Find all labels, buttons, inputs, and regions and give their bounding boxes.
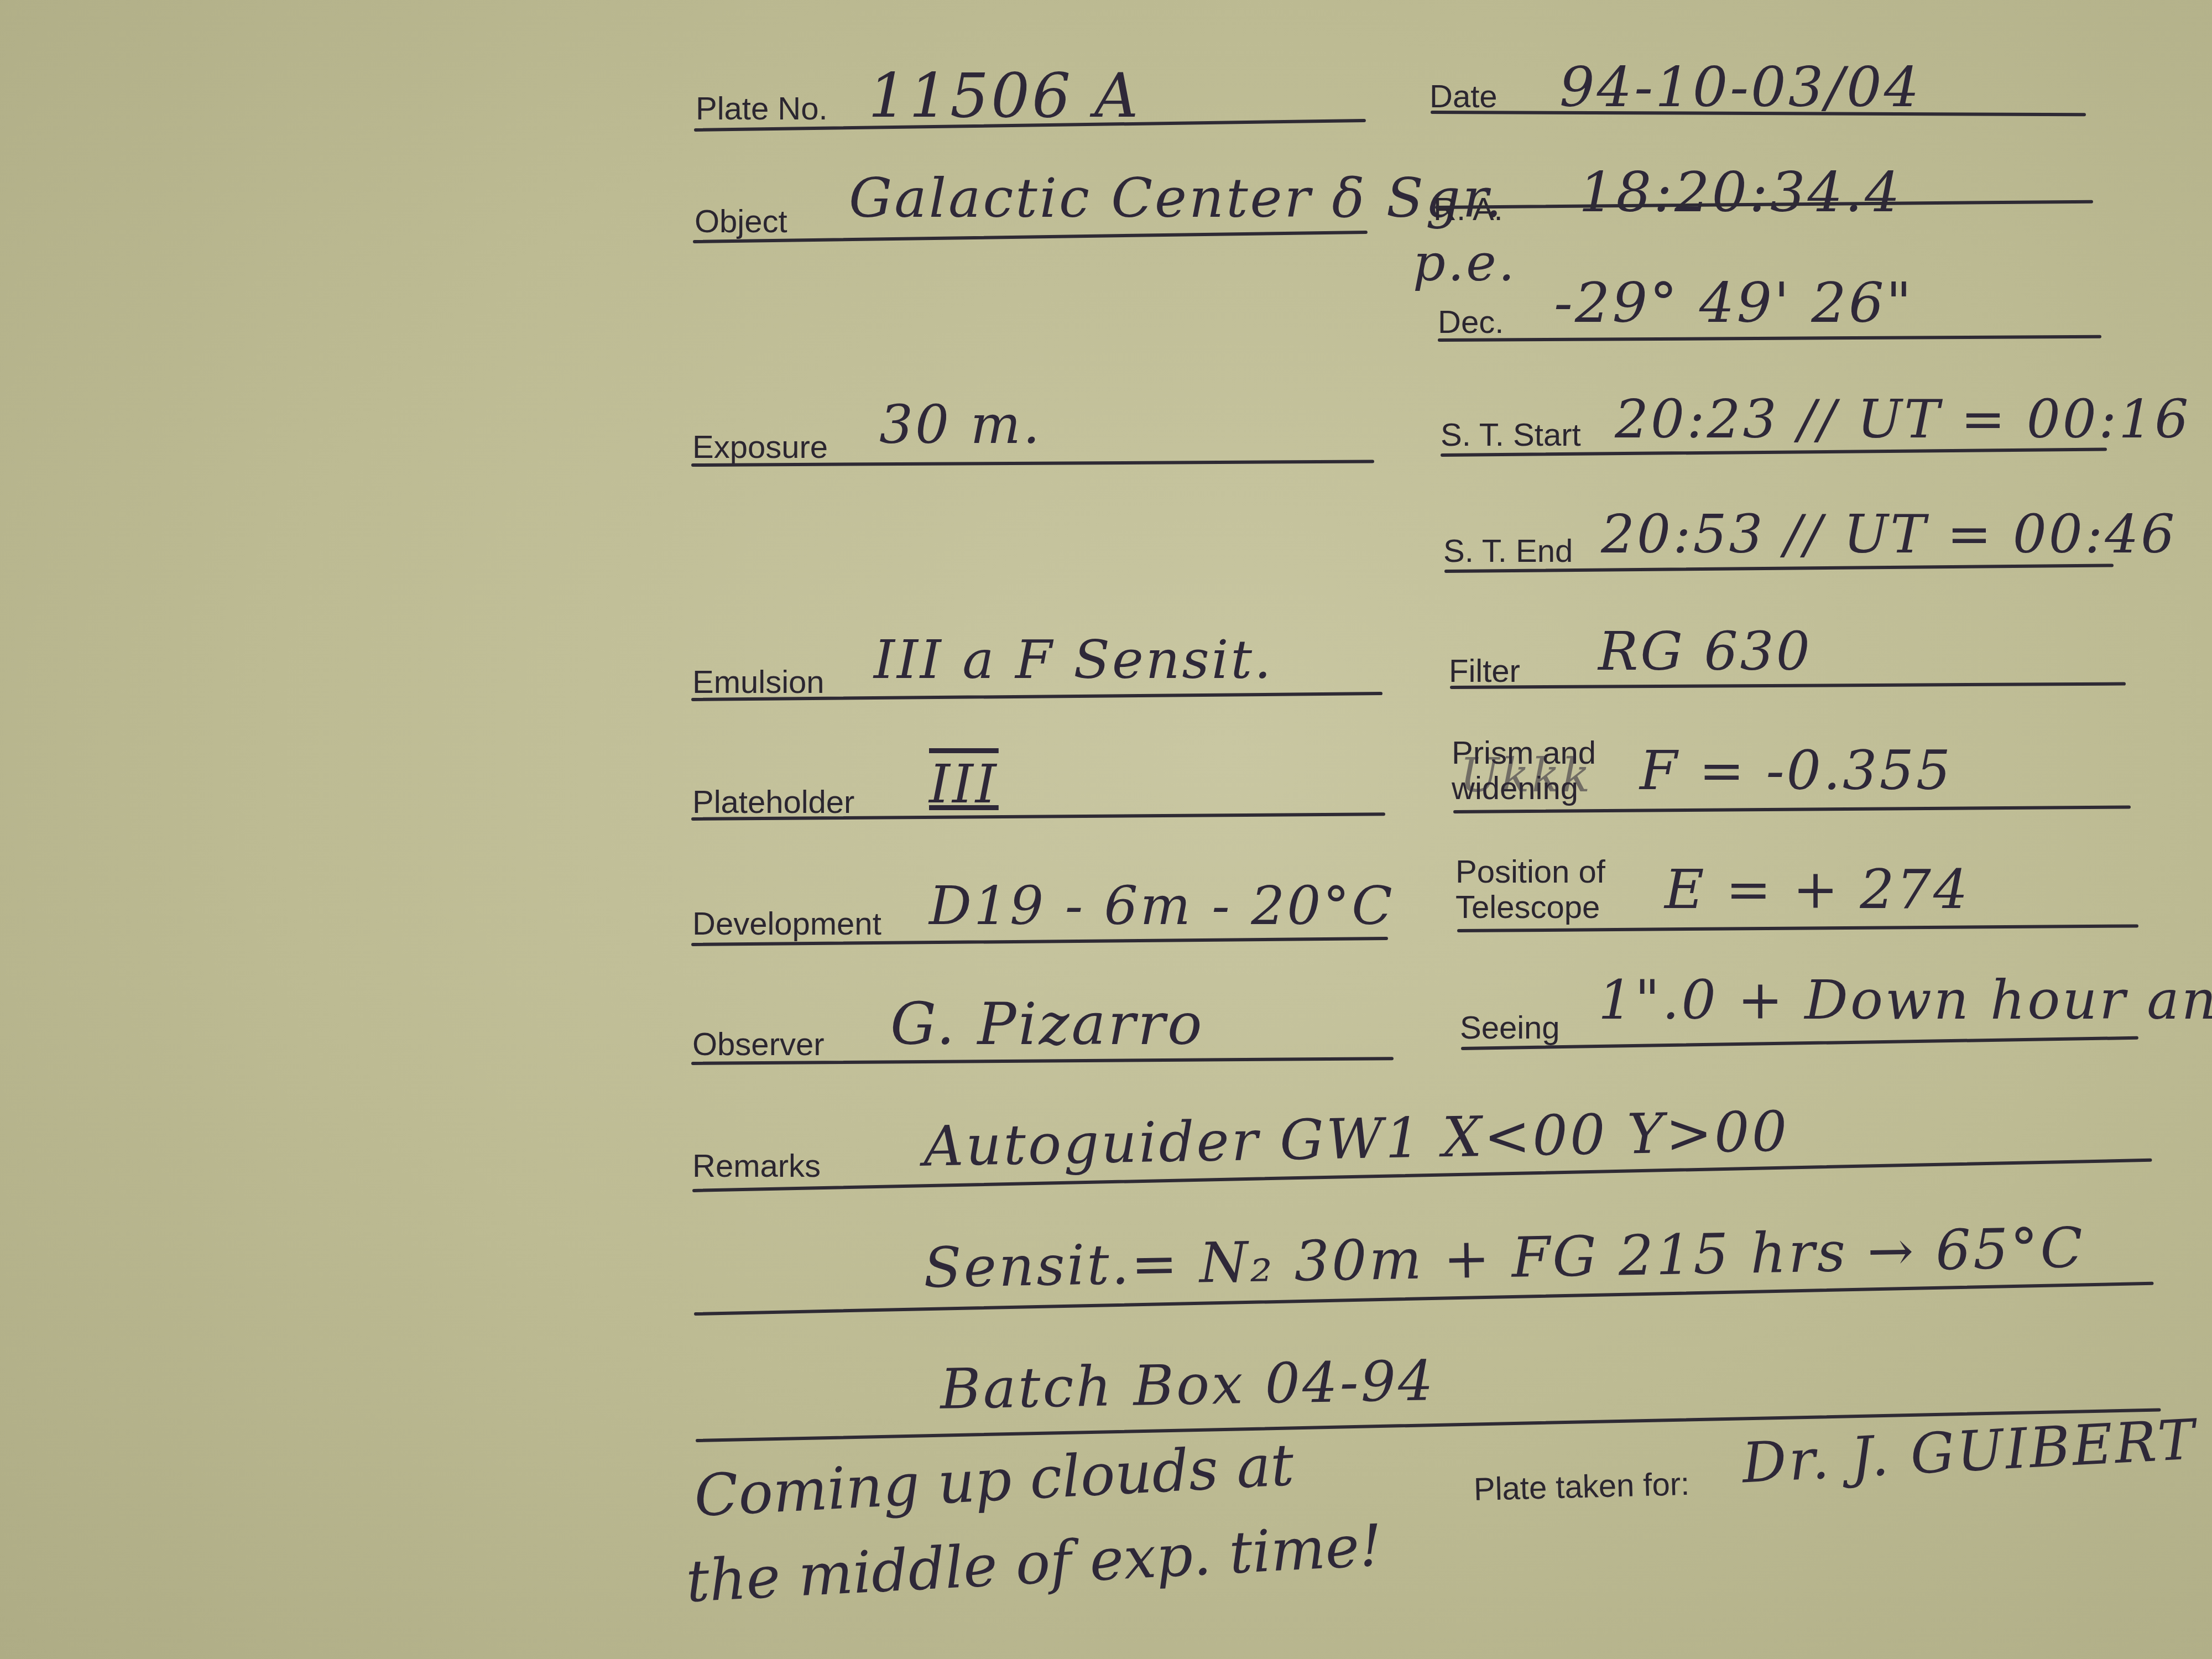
development-label: Development xyxy=(692,908,881,940)
plate-no-value: 11506 A xyxy=(868,65,1140,126)
st-start-value: 20:23 // UT = 00:16 xyxy=(1615,393,2190,446)
position-label: Position of Telescope xyxy=(1455,854,1605,925)
plate-no-label: Plate No. xyxy=(696,93,828,125)
dec-note: p.e. xyxy=(1413,238,1517,289)
date-value: 94-10-03/04 xyxy=(1559,60,1921,115)
seeing-value: 1".0 + Down hour angle xyxy=(1598,973,2212,1027)
st-end-value: 20:53 // UT = 00:46 xyxy=(1601,508,2177,561)
position-rule xyxy=(1457,924,2138,932)
dec-label: Dec. xyxy=(1438,306,1504,338)
margin-note-line-2: the middle of exp. time! xyxy=(685,1514,1384,1613)
seeing-label: Seeing xyxy=(1460,1012,1560,1044)
ra-label: R. A. xyxy=(1433,194,1503,226)
development-value: D19 - 6m - 20°C xyxy=(929,879,1395,932)
remarks-label: Remarks xyxy=(692,1150,821,1182)
exposure-label: Exposure xyxy=(692,431,828,463)
ra-value: 18:20:34.4 xyxy=(1579,165,1902,220)
prism-rule xyxy=(1453,805,2131,813)
margin-note-line-1: Coming up clouds at xyxy=(693,1433,1296,1528)
st-end-label: S. T. End xyxy=(1443,535,1573,567)
emulsion-value: III a F Sensit. xyxy=(874,633,1274,686)
dec-rule xyxy=(1438,335,2101,342)
st-start-label: S. T. Start xyxy=(1441,419,1581,451)
dec-value: -29° 49' 26" xyxy=(1554,275,1914,331)
emulsion-label: Emulsion xyxy=(692,666,825,698)
plate-taken-for-value: Dr. J. GUIBERT xyxy=(1741,1412,2198,1491)
seeing-rule xyxy=(1461,1036,2138,1050)
remarks-line-3: Batch Box 04-94 xyxy=(940,1353,1436,1417)
plate-taken-for-label: Plate taken for: xyxy=(1473,1468,1690,1506)
plateholder-value: III xyxy=(929,758,999,811)
observation-log-sheet: Plate No. 11506 A Date 94-10-03/04 Objec… xyxy=(0,0,2212,1659)
exposure-value: 30 m. xyxy=(879,398,1042,451)
date-label: Date xyxy=(1430,81,1498,113)
remarks-line-2: Sensit.= N₂ 30m + FG 215 hrs → 65°C xyxy=(923,1220,2085,1296)
object-value: Galactic Center δ Sgr. xyxy=(849,171,1504,226)
observer-value: G. Pizarro xyxy=(890,995,1204,1053)
position-value: E = + 274 xyxy=(1665,863,1970,917)
filter-rule xyxy=(1450,682,2126,689)
object-rule xyxy=(693,231,1368,243)
plateholder-label: Plateholder xyxy=(692,786,854,818)
prism-value: F = -0.355 xyxy=(1640,744,1953,798)
filter-label: Filter xyxy=(1449,655,1520,687)
prism-overwrite: Ukkk xyxy=(1460,752,1593,799)
remarks-line-1: Autoguider GW1 X<00 Y>00 xyxy=(923,1104,1790,1174)
object-label: Object xyxy=(695,206,787,238)
observer-label: Observer xyxy=(692,1029,825,1061)
filter-value: RG 630 xyxy=(1598,625,1812,678)
